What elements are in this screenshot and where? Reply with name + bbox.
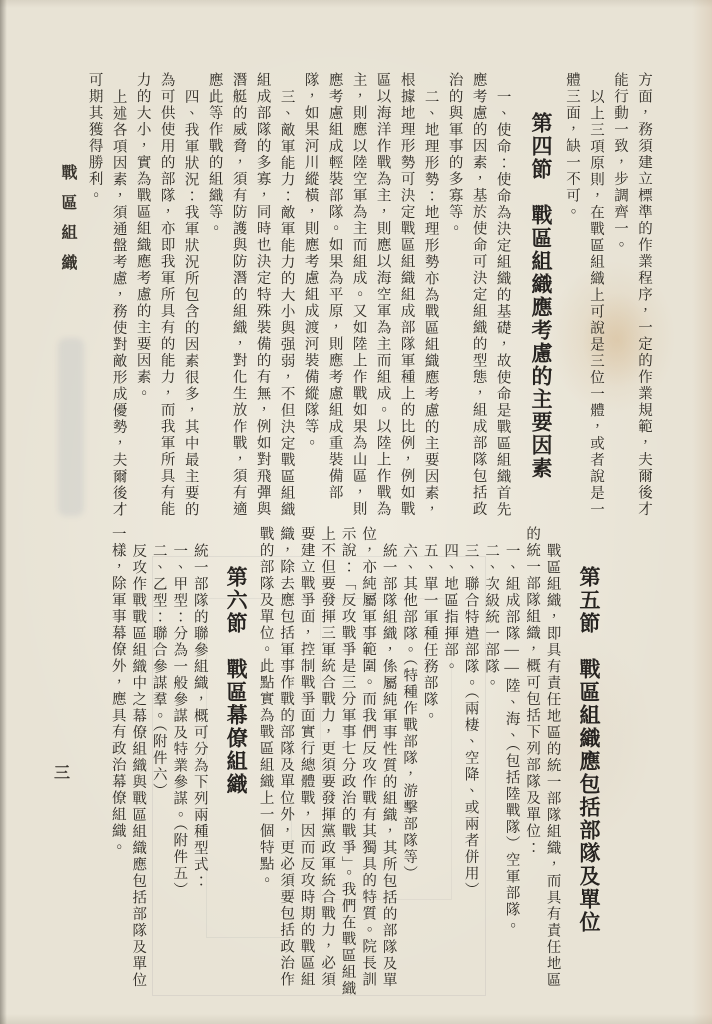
- list-item-1: 一、組成部隊——陸、海、（包括陸戰隊）空軍部隊。: [501, 526, 522, 1002]
- paragraph: 以上三項原則，在戰區組織上可說是三位一體，或者說是一體三面，缺一不可。: [560, 72, 608, 524]
- list-item-type-a: 一、甲型：分為一般參謀及特業參謀。（附件五）: [169, 526, 190, 1002]
- upper-text-block: 方面，務須建立標準的作業程序，一定的作業規範，夫爾後才能行動一致，步調齊一。 以…: [84, 72, 656, 524]
- continued-paragraph: 方面，務須建立標準的作業程序，一定的作業規範，夫爾後才能行動一致，步調齊一。: [608, 72, 656, 524]
- list-item-6: 六、其他部隊。（特種作戰部隊，游擊部隊等）: [399, 526, 420, 1002]
- margin-running-title: 戰區組織: [56, 164, 79, 284]
- section-6-heading: 第六節 戰區幕僚組織: [221, 526, 250, 1002]
- paragraph-intro: 戰區組織，即具有責任地區的統一部隊組織，而具有責任地區的統一部隊組織，概可包括下…: [522, 526, 563, 1002]
- paragraph-mission-factor: 一、使命：使命為決定組織的基礎，故使命是戰區組織首先應考慮的因素，基於使命可決定…: [443, 72, 515, 524]
- lower-text-block: 第五節 戰區組織應包括部隊及單位 戰區組織，即具有責任地區的統一部隊組織，而具有…: [82, 526, 608, 1002]
- paragraph-terrain-factor: 二、地理形勢：地理形勢亦為戰區組織應考慮的主要因素，根據地理形勢可決定戰區組織組…: [299, 72, 443, 524]
- section-4-heading: 第四節 戰區組織應考慮的主要因素: [526, 72, 555, 524]
- paragraph-enemy-capability-factor: 三、敵軍能力：敵軍能力的大小與强弱，不但決定戰區組織組成部隊的多寡，同時也決定特…: [203, 72, 299, 524]
- scanned-document-page: 戰區組織 三 方面，務須建立標準的作業程序，一定的作業規範，夫爾後才能行動一致，…: [0, 0, 712, 1024]
- list-item-5: 五、單一軍種任務部隊。: [419, 526, 440, 1002]
- paragraph-staff-intro: 統一部隊的聯參組織，概可分為下列兩種型式：: [189, 526, 210, 1002]
- section-5-heading: 第五節 戰區組織應包括部隊及單位: [574, 526, 603, 1002]
- list-item-3: 三、聯合特遣部隊。（兩棲、空降、或兩者併用）: [460, 526, 481, 1002]
- ink-smudge: [58, 338, 84, 516]
- list-item-4: 四、地區指揮部。: [440, 526, 461, 1002]
- list-item-type-b: 二、乙型：聯合參謀羣。（附件六）: [148, 526, 169, 1002]
- paragraph-political-warfare: 統一部隊組織，係屬純軍事性質的組織，其所包括的部隊及單位，亦純屬軍事範圍。而我們…: [255, 526, 399, 1002]
- page-number: 三: [54, 760, 70, 783]
- paragraph-own-forces-factor: 四、我軍狀況：我軍狀況所包含的因素很多，其中最主要的為可供使用的部隊，亦即我軍所…: [131, 72, 203, 524]
- paragraph-summary: 上述各項因素，須通盤考慮，務使對敵形成優勢，夫爾後才可期其獲得勝利。: [83, 72, 131, 524]
- paragraph-staff-conclusion: 反攻作戰戰區組織中之幕僚組織與戰區組織應包括部隊及單位一樣，除軍事幕僚外，應具有…: [107, 526, 148, 1002]
- list-item-2: 二、次級統一部隊。: [481, 526, 502, 1002]
